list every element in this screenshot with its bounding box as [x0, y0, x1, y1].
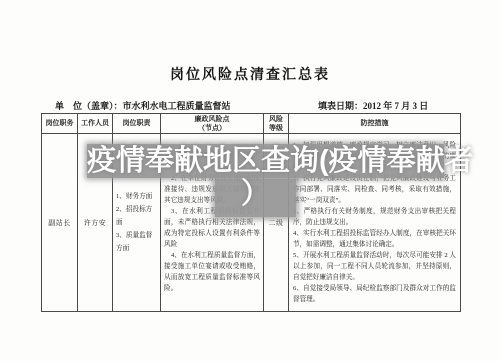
table-row: 副站长 许方安 1、财务方面 2、招投标方面 3、质量监督方面 1、贯彻党风廉政…: [42, 134, 461, 312]
document-page: 岗位风险点清查汇总表 单 位（盖章）：市水利水电工程质量监督站 填表日期：201…: [0, 0, 500, 361]
fill-date-label: 填表日期：2012 年 7 月 3 日: [318, 99, 428, 112]
cell-risk-level: 二级: [264, 134, 289, 312]
measure-item: 1、加强思想道德、廉政规定学习，树立廉洁意识、风险意识，增强防腐拒变能力，自觉抵…: [293, 140, 456, 173]
risk-point-item: 4、在水利工程质量监督方面，接受施工单位宴请或收受贿赂，从而放宽工程质量监督标准…: [164, 250, 260, 294]
measure-item: 6、自觉接受局领导、局纪检监察部门及群众对工作的监督管理。: [293, 283, 456, 305]
measure-item: 4、实行水利工程招投标监管经办人制度，在审核把关环节，如需调整，通过集体讨论确定…: [293, 228, 456, 250]
table-header-row: 岗位职务 工作人员 岗位职责 廉政风险点 （节点） 风险 等级 防控措施: [42, 114, 461, 134]
risk-point-item: 3、在水利工程招投标监管方面，未严格执行相关法律法规，成为特定投标人设置有利条件…: [164, 206, 260, 250]
cell-staff: 许方安: [78, 134, 113, 312]
header-position: 岗位职务: [42, 114, 78, 134]
measure-item: 3、严格执行有关财务制度，规范财务支出审核把关程序，防止违规支出。: [293, 206, 456, 228]
risk-point-item: 1、贯彻党风廉政建设责任制不到位等风险。: [164, 151, 260, 173]
duty-item: 2、招投标方面: [116, 203, 157, 229]
measure-item: 2、执行党风廉政建设责任制，把党风廉政建设与业务工作同部署、同落实、同检查、同考…: [293, 173, 456, 206]
duty-item: 3、质量监督方面: [116, 229, 157, 255]
header-staff: 工作人员: [78, 114, 113, 134]
header-risk-points: 廉政风险点 （节点）: [161, 114, 264, 134]
page-title: 岗位风险点清查汇总表: [0, 64, 500, 84]
cell-measures: 1、加强思想道德、廉政规定学习，树立廉洁意识、风险意识，增强防腐拒变能力，自觉抵…: [289, 134, 461, 312]
duty-item: 1、财务方面: [116, 190, 157, 203]
header-risk-level: 风险 等级: [264, 114, 289, 134]
header-measures: 防控措施: [289, 114, 461, 134]
cell-duties: 1、财务方面 2、招投标方面 3、质量监督方面: [113, 134, 161, 312]
cell-risk-points: 1、贯彻党风廉政建设责任制不到位等风险。 2、在单位财务管理方面，超标准接待、违…: [161, 134, 264, 312]
measure-item: 5、开展水利工程质量监督活动时，每次尽可能安排 2 人以上参加，同一工程不同人员…: [293, 250, 456, 283]
risk-point-item: 2、在单位财务管理方面，超标准接待、违规发放职工福利，或其它违规支出等风险。: [164, 173, 260, 206]
header-duties: 岗位职责: [113, 114, 161, 134]
unit-seal-label: 单 位（盖章）：市水利水电工程质量监督站: [55, 99, 231, 112]
cell-position: 副站长: [42, 134, 78, 312]
risk-point-table: 岗位职务 工作人员 岗位职责 廉政风险点 （节点） 风险 等级 防控措施 副站长…: [41, 113, 461, 312]
